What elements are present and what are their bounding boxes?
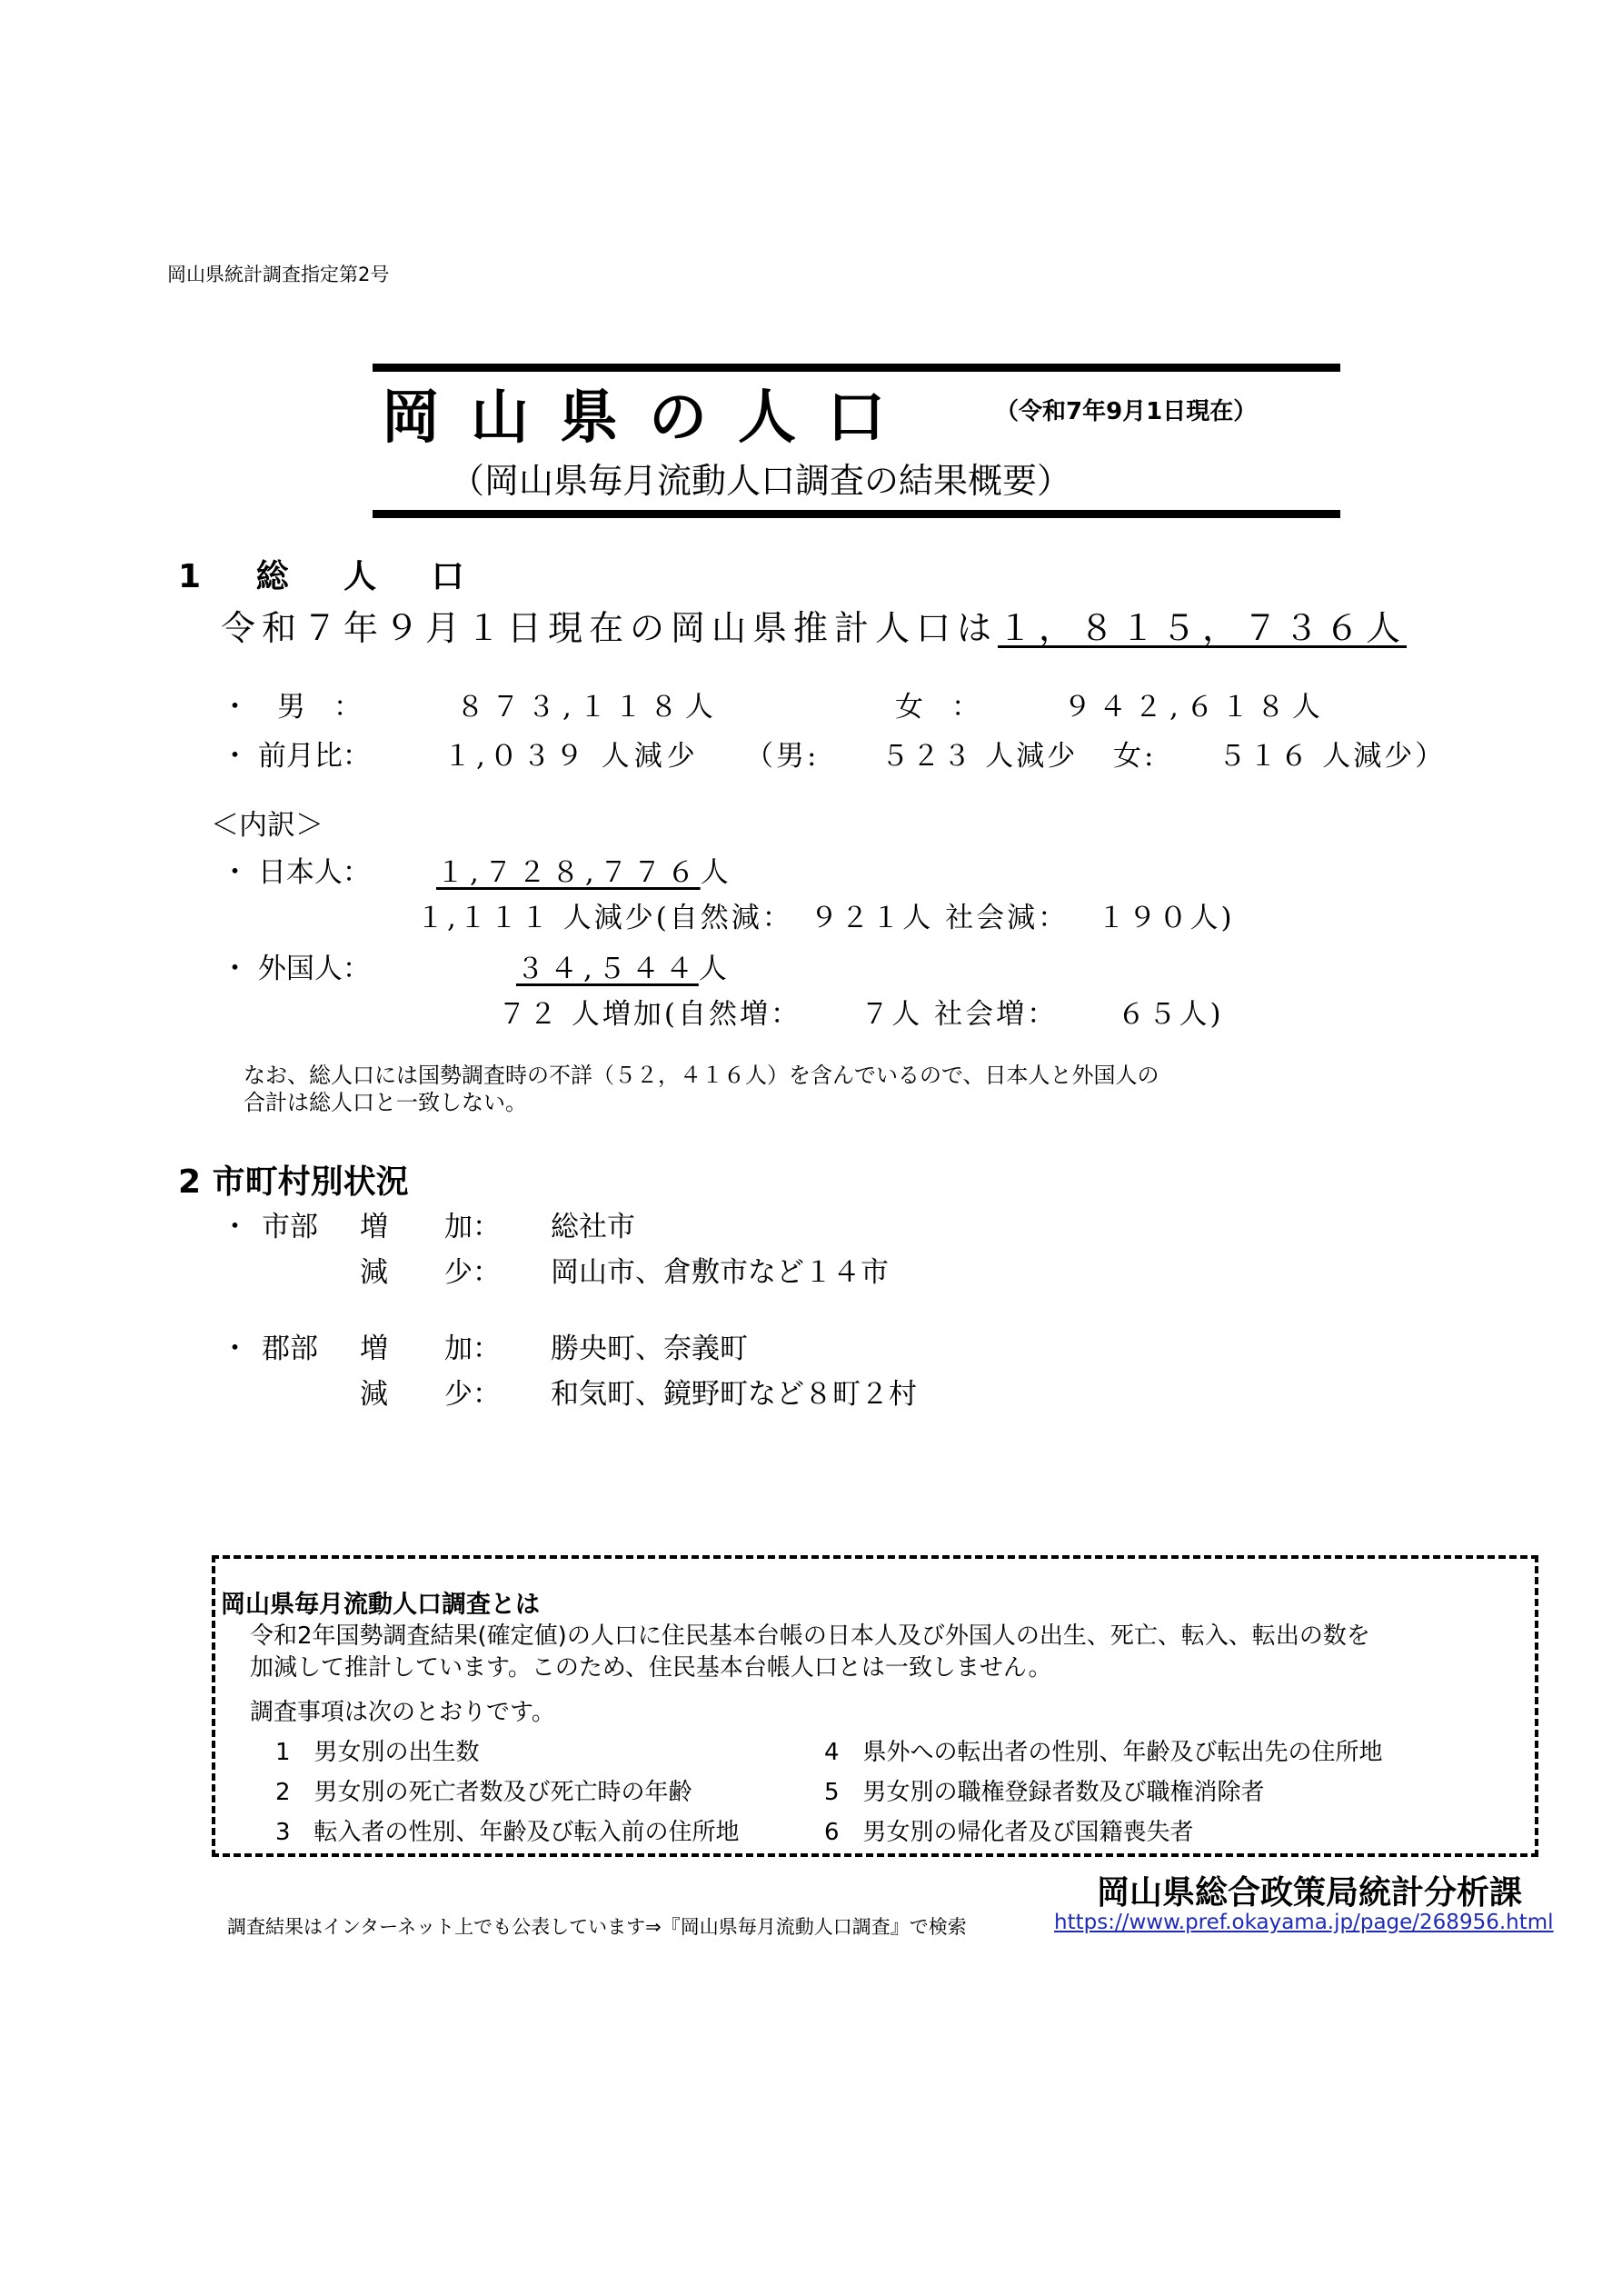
note-line-2: 合計は総人口と一致しない。 bbox=[244, 1089, 527, 1116]
row-detail-county-decrease: 和気町、鏡野町など８町２村 bbox=[551, 1371, 917, 1412]
japanese-change: １,１１１ 人減少(自然減： ９２１人 社会減： １９０人) bbox=[416, 894, 1235, 935]
foreign-label: ・ 外国人： bbox=[221, 945, 371, 986]
monthly-change-label: ・ 前月比： bbox=[221, 733, 371, 774]
foreign-population: ３４,５４４人 bbox=[516, 945, 727, 986]
survey-results-link[interactable]: https://www.pref.okayama.jp/page/268956.… bbox=[1054, 1911, 1554, 1934]
monthly-change-female: 女: ５１６ 人減少） bbox=[1113, 733, 1446, 774]
japanese-label: ・ 日本人： bbox=[221, 849, 371, 890]
row-group-county: 郡部 bbox=[262, 1325, 318, 1366]
row-kind-decrease: 減 少： bbox=[360, 1371, 501, 1412]
male-value: ８７３,１１８人 bbox=[456, 684, 721, 724]
foreign-population-unit: 人 bbox=[699, 953, 727, 985]
breakdown-label: ＜内訳＞ bbox=[211, 802, 323, 843]
survey-item: 4 県外への転出者の性別、年齢及び転出先の住所地 bbox=[824, 1733, 1383, 1767]
footer-note: 調査結果はインターネット上でも公表しています⇒『岡山県毎月流動人口調査』で検索 bbox=[227, 1912, 967, 1940]
note-line-1: なお、総人口には国勢調査時の不詳（５２，４１６人）を含んでいるので、日本人と外国… bbox=[244, 1062, 1159, 1089]
row-kind-increase: 増 加： bbox=[360, 1203, 501, 1244]
male-label: ・ 男 ： bbox=[221, 684, 362, 724]
row-bullet: ・ bbox=[221, 1325, 249, 1366]
document-id: 岡山県統計調査指定第2号 bbox=[167, 260, 389, 287]
survey-item: 5 男女別の職権登録者数及び職権消除者 bbox=[824, 1773, 1265, 1807]
as-of-date: （令和7年9月1日現在） bbox=[995, 393, 1257, 426]
row-detail-county-increase: 勝央町、奈義町 bbox=[551, 1325, 748, 1366]
row-detail-city-decrease: 岡山市、倉敷市など１４市 bbox=[551, 1249, 889, 1290]
japanese-population-unit: 人 bbox=[701, 856, 729, 889]
page-subtitle: （岡山県毎月流動人口調査の結果概要） bbox=[450, 453, 1071, 503]
female-value: ９４２,６１８人 bbox=[1063, 684, 1328, 724]
japanese-population-value: １,７２８,７７６ bbox=[436, 856, 701, 889]
headline-prefix: 令和７年９月１日現在の岡山県推計人口は bbox=[221, 608, 998, 648]
row-kind-increase: 増 加： bbox=[360, 1325, 501, 1366]
page-title: 岡山県の人口 bbox=[382, 371, 916, 454]
foreign-change: ７２ 人増加(自然増： ７人 社会増： ６５人) bbox=[498, 991, 1224, 1032]
section1-heading: 1 総 人 口 bbox=[178, 551, 486, 597]
section2-heading: 2 市町村別状況 bbox=[178, 1156, 409, 1203]
survey-item: 6 男女別の帰化者及び国籍喪失者 bbox=[824, 1813, 1194, 1847]
title-bottom-rule bbox=[373, 510, 1340, 518]
organization-name: 岡山県総合政策局統計分析課 bbox=[1097, 1867, 1522, 1913]
info-box-desc-line-2: 加減して推計しています。このため、住民基本台帳人口とは一致しません。 bbox=[250, 1652, 1051, 1684]
row-kind-decrease: 減 少： bbox=[360, 1249, 501, 1290]
monthly-change-male: （男: ５２３ 人減少 bbox=[745, 733, 1078, 774]
survey-item: 1 男女別の出生数 bbox=[275, 1733, 480, 1767]
row-group-city: 市部 bbox=[262, 1203, 318, 1244]
foreign-population-value: ３４,５４４ bbox=[516, 953, 699, 985]
total-population-headline: 令和７年９月１日現在の岡山県推計人口は１，８１５，７３６人 bbox=[221, 600, 1407, 650]
female-label: 女 ： bbox=[895, 684, 980, 724]
info-box-title: 岡山県毎月流動人口調査とは bbox=[221, 1584, 540, 1620]
row-detail-city-increase: 総社市 bbox=[551, 1203, 635, 1244]
survey-item: 2 男女別の死亡者数及び死亡時の年齢 bbox=[275, 1773, 692, 1807]
info-box-items-intro: 調査事項は次のとおりです。 bbox=[250, 1693, 555, 1727]
survey-item: 3 転入者の性別、年齢及び転入前の住所地 bbox=[275, 1813, 740, 1847]
info-box-desc-line-1: 令和2年国勢調査結果(確定値)の人口に住民基本台帳の日本人及び外国人の出生、死亡… bbox=[250, 1621, 1370, 1652]
row-bullet: ・ bbox=[221, 1203, 249, 1244]
survey-info-box: 岡山県毎月流動人口調査とは 令和2年国勢調査結果(確定値)の人口に住民基本台帳の… bbox=[212, 1555, 1538, 1857]
monthly-change-value: １,０３９ 人減少 bbox=[443, 733, 700, 774]
total-population-value: １，８１５，７３６人 bbox=[998, 608, 1407, 648]
japanese-population: １,７２８,７７６人 bbox=[436, 849, 729, 890]
